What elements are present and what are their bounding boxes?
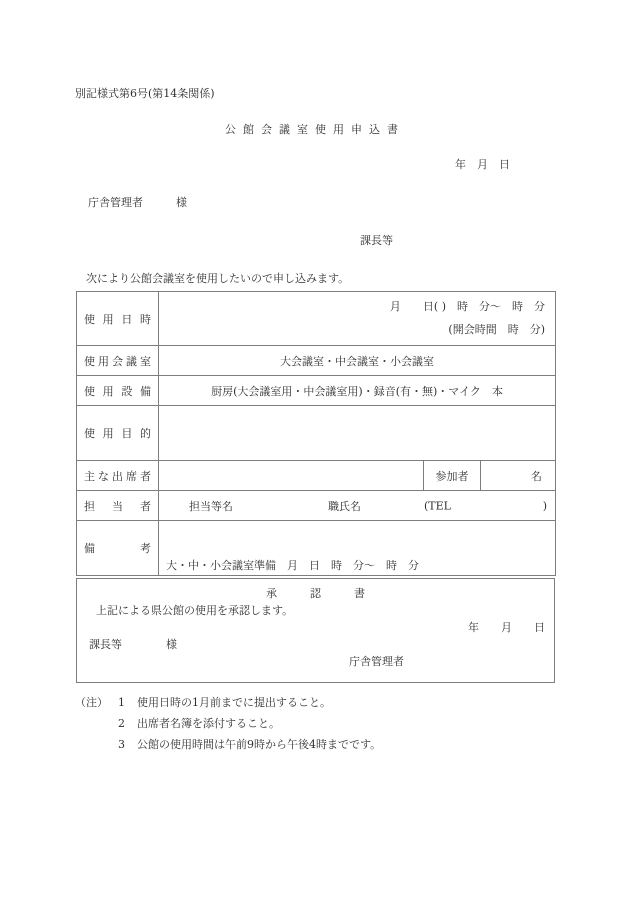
document-page: 別記様式第6号(第14条関係) 公館会議室使用申込書 年 月 日 庁舎管理者 様… xyxy=(0,0,630,915)
application-table: 使用日時 月 日( ) 時 分～ 時 分 (開会時間 時 分) 使用会議室 大会… xyxy=(76,291,556,576)
note-line: 3 公館の使用時間は午前9時から午後4時までです。 xyxy=(75,734,630,755)
label-remarks: 備考 xyxy=(77,521,159,576)
row-equipment: 使用設備 厨房(大会議室用・中会議室用)・録音(有・無)・マイク 本 xyxy=(77,376,556,406)
label-usage-datetime: 使用日時 xyxy=(77,292,159,346)
form-number-label: 別記様式第6号(第14条関係) xyxy=(75,86,630,101)
label-equipment: 使用設備 xyxy=(77,376,159,406)
datetime-line1: 月 日( ) 時 分～ 時 分 xyxy=(159,295,555,318)
note-number: 3 xyxy=(118,734,137,755)
note-number: 2 xyxy=(118,713,137,734)
row-meeting-room: 使用会議室 大会議室・中会議室・小会議室 xyxy=(77,346,556,376)
notes-section: （注） 1 使用日時の1月前までに提出すること。 2 出席者名簿を添付すること。… xyxy=(75,692,630,755)
intro-sentence: 次により公館会議室を使用したいので申し込みます。 xyxy=(86,271,630,286)
label-contact-person: 担当者 xyxy=(77,491,159,521)
cell-participants-label: 参加者 xyxy=(424,461,481,491)
label-meeting-room: 使用会議室 xyxy=(77,346,159,376)
datetime-line2: (開会時間 時 分) xyxy=(159,318,555,341)
note-line: （注） 1 使用日時の1月前までに提出すること。 xyxy=(75,692,630,713)
cell-contact-person: 担当等名 職氏名 (TEL ) xyxy=(159,491,556,521)
row-attendees: 主な出席者 参加者 名 xyxy=(77,461,556,491)
approval-body: 上記による県公館の使用を承認します。 xyxy=(96,602,554,619)
document-title: 公館会議室使用申込書 xyxy=(0,122,630,137)
applicant-role-line: 課長等 xyxy=(360,233,630,248)
cell-equipment: 厨房(大会議室用・中会議室用)・録音(有・無)・マイク 本 xyxy=(159,376,556,406)
approval-section: 承 認 書 上記による県公館の使用を承認します。 年 月 日 課長等 様 庁舎管… xyxy=(76,578,555,683)
row-purpose: 使用目的 xyxy=(77,406,556,461)
note-number: 1 xyxy=(118,692,137,713)
cell-usage-datetime: 月 日( ) 時 分～ 時 分 (開会時間 時 分) xyxy=(159,292,556,346)
contact-tel-open: (TEL xyxy=(424,499,451,512)
note-line: 2 出席者名簿を添付すること。 xyxy=(75,713,630,734)
label-purpose: 使用目的 xyxy=(77,406,159,461)
cell-meeting-room: 大会議室・中会議室・小会議室 xyxy=(159,346,556,376)
cell-attendees xyxy=(159,461,424,491)
note-text: 使用日時の1月前までに提出すること。 xyxy=(137,692,331,713)
row-remarks: 備考 大・中・小会議室準備 月 日 時 分～ 時 分 xyxy=(77,521,556,576)
contact-tel-close: ) xyxy=(543,499,547,512)
approval-signer-line: 庁舎管理者 xyxy=(349,653,554,670)
contact-title-label: 職氏名 xyxy=(328,498,361,514)
row-contact-person: 担当者 担当等名 職氏名 (TEL ) xyxy=(77,491,556,521)
note-prefix xyxy=(75,713,118,734)
note-prefix: （注） xyxy=(75,692,118,713)
note-text: 出席者名簿を添付すること。 xyxy=(137,713,280,734)
row-usage-datetime: 使用日時 月 日( ) 時 分～ 時 分 (開会時間 時 分) xyxy=(77,292,556,346)
approval-addressee-line: 課長等 様 xyxy=(89,636,554,653)
note-text: 公館の使用時間は午前9時から午後4時までです。 xyxy=(137,734,381,755)
cell-purpose xyxy=(159,406,556,461)
contact-name-label: 担当等名 xyxy=(189,498,233,514)
cell-remarks: 大・中・小会議室準備 月 日 時 分～ 時 分 xyxy=(159,521,556,576)
approval-title: 承 認 書 xyxy=(77,585,554,602)
remarks-preparation-note: 大・中・小会議室準備 月 日 時 分～ 時 分 xyxy=(159,557,555,575)
label-attendees: 主な出席者 xyxy=(77,461,159,491)
approval-date-line: 年 月 日 xyxy=(77,619,554,636)
application-date-line: 年 月 日 xyxy=(0,157,630,172)
note-prefix xyxy=(75,734,118,755)
addressee-line: 庁舎管理者 様 xyxy=(88,195,630,210)
cell-participants-count: 名 xyxy=(481,461,556,491)
